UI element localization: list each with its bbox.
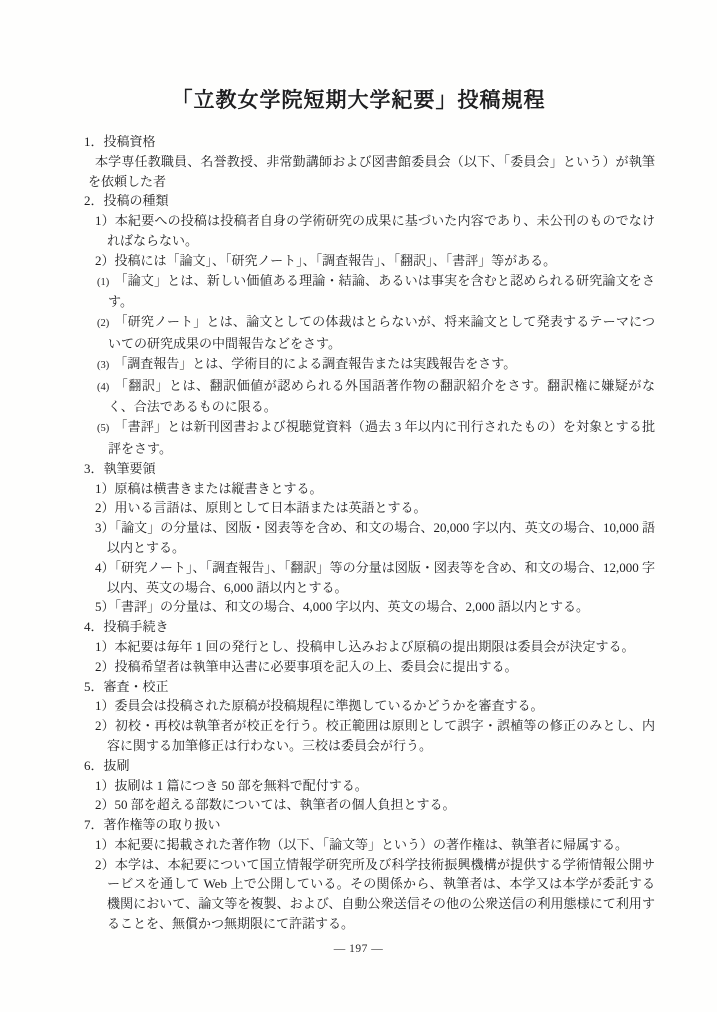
item-number: 2）	[95, 659, 115, 674]
item-text: 本紀要に掲載された著作物（以下、「論文等」という）の著作権は、執筆者に帰属する。	[115, 837, 629, 852]
section-7-copyright: 7．著作権等の取り扱い 1）本紀要に掲載された著作物（以下、「論文等」という）の…	[62, 815, 655, 934]
item-number: 1）	[95, 213, 115, 228]
page-number: — 197 —	[0, 940, 717, 960]
list-item: 2）初校・再校は執筆者が校正を行う。校正範囲は原則として誤字・誤植等の修正のみと…	[107, 716, 655, 756]
item-text: 投稿には「論文」、「研究ノート」、「調査報告」、「翻訳」、「書評」等がある。	[115, 253, 557, 268]
list-item: 1）委員会は投稿された原稿が投稿規程に準拠しているかどうかを審査する。	[107, 696, 655, 716]
item-number: 5）	[95, 599, 115, 614]
item-number: 4）	[95, 560, 115, 575]
subitem-text: 「研究ノート」とは、論文としての体裁はとらないが、将来論文として発表するテーマに…	[108, 314, 655, 351]
sublist-item: (4)「翻訳」とは、翻訳価値が認められる外国語著作物の翻訳紹介をさす。翻訳権に嫌…	[108, 376, 655, 418]
section-heading: 7．著作権等の取り扱い	[84, 815, 655, 835]
subitem-number: (1)	[97, 277, 109, 288]
item-number: 1）	[95, 837, 115, 852]
item-number: 2）	[95, 500, 115, 515]
item-number: 1）	[95, 778, 115, 793]
item-number: 1）	[95, 481, 115, 496]
section-3-writing-guidelines: 3．執筆要領 1）原稿は横書きまたは縦書きとする。 2）用いる言語は、原則として…	[62, 459, 655, 617]
list-item: 5）「書評」の分量は、和文の場合、4,000 字以内、英文の場合、2,000 語…	[107, 597, 655, 617]
item-text: 本紀要は毎年 1 回の発行とし、投稿申し込みおよび原稿の提出期限は委員会が決定す…	[115, 639, 635, 654]
sublist-item: (5)「書評」とは新刊図書および視聴覚資料（過去 3 年以内に刊行されたもの）を…	[108, 417, 655, 459]
item-number: 1）	[95, 639, 115, 654]
list-item: 1）本紀要は毎年 1 回の発行とし、投稿申し込みおよび原稿の提出期限は委員会が決…	[107, 637, 655, 657]
section-5-review-proofreading: 5．審査・校正 1）委員会は投稿された原稿が投稿規程に準拠しているかどうかを審査…	[62, 677, 655, 756]
item-text: 「研究ノート」、「調査報告」、「翻訳」等の分量は図版・図表等を含め、和文の場合、…	[107, 560, 655, 595]
section-heading: 1．投稿資格	[84, 132, 655, 152]
document-page: 「立教女学院短期大学紀要」投稿規程 1．投稿資格 本学専任教職員、名誉教授、非常…	[0, 0, 717, 1012]
subitem-number: (2)	[97, 318, 109, 329]
section-heading: 4．投稿手続き	[84, 617, 655, 637]
item-text: 50 部を超える部数については、執筆者の個人負担とする。	[115, 797, 456, 812]
item-text: 投稿希望者は執筆申込書に必要事項を記入の上、委員会に提出する。	[115, 659, 518, 674]
list-item: 2）投稿希望者は執筆申込書に必要事項を記入の上、委員会に提出する。	[107, 657, 655, 677]
list-item: 2）50 部を超える部数については、執筆者の個人負担とする。	[107, 795, 655, 815]
item-number: 2）	[95, 718, 115, 733]
section-heading: 6．抜刷	[84, 756, 655, 776]
subitem-number: (3)	[97, 360, 109, 371]
sublist-item: (1)「論文」とは、新しい価値ある理論・結論、あるいは事実を含むと認められる研究…	[108, 271, 655, 313]
list-item: 2）本学は、本紀要について国立情報学研究所及び科学技術振興機構が提供する学術情報…	[107, 855, 655, 934]
item-number: 2）	[95, 797, 115, 812]
item-number: 3）	[95, 520, 115, 535]
item-text: 初校・再校は執筆者が校正を行う。校正範囲は原則として誤字・誤植等の修正のみとし、…	[107, 718, 655, 753]
sublist-item: (3)「調査報告」とは、学術目的による調査報告または実践報告をさす。	[108, 354, 655, 376]
item-text: 「書評」の分量は、和文の場合、4,000 字以内、英文の場合、2,000 語以内…	[115, 599, 590, 614]
list-item: 1）本紀要への投稿は投稿者自身の学術研究の成果に基づいた内容であり、未公刊のもの…	[107, 211, 655, 251]
item-text: 抜刷は 1 篇につき 50 部を無料で配付する。	[115, 778, 368, 793]
section-4-submission-procedure: 4．投稿手続き 1）本紀要は毎年 1 回の発行とし、投稿申し込みおよび原稿の提出…	[62, 617, 655, 676]
list-item: 1）原稿は横書きまたは縦書きとする。	[107, 479, 655, 499]
subitem-text: 「翻訳」とは、翻訳価値が認められる外国語著作物の翻訳紹介をさす。翻訳権に嫌疑がな…	[108, 378, 655, 415]
document-title: 「立教女学院短期大学紀要」投稿規程	[62, 86, 655, 114]
section-2-submission-types: 2．投稿の種類 1）本紀要への投稿は投稿者自身の学術研究の成果に基づいた内容であ…	[62, 191, 655, 458]
subitem-text: 「書評」とは新刊図書および視聴覚資料（過去 3 年以内に刊行されたもの）を対象と…	[108, 419, 655, 456]
item-text: 本学は、本紀要について国立情報学研究所及び科学技術振興機構が提供する学術情報公開…	[107, 857, 655, 931]
section-6-offprints: 6．抜刷 1）抜刷は 1 篇につき 50 部を無料で配付する。 2）50 部を超…	[62, 756, 655, 815]
subitem-number: (5)	[97, 423, 109, 434]
section-heading: 5．審査・校正	[84, 677, 655, 697]
list-item: 3）「論文」の分量は、図版・図表等を含め、和文の場合、20,000 字以内、英文…	[107, 518, 655, 558]
sublist-item: (2)「研究ノート」とは、論文としての体裁はとらないが、将来論文として発表するテ…	[108, 312, 655, 354]
item-number: 1）	[95, 698, 115, 713]
list-item: 1）抜刷は 1 篇につき 50 部を無料で配付する。	[107, 776, 655, 796]
list-item: 2）投稿には「論文」、「研究ノート」、「調査報告」、「翻訳」、「書評」等がある。	[107, 251, 655, 271]
subitem-number: (4)	[97, 382, 109, 393]
item-text: 用いる言語は、原則として日本語または英語とする。	[115, 500, 427, 515]
item-text: 委員会は投稿された原稿が投稿規程に準拠しているかどうかを審査する。	[115, 698, 544, 713]
section-1-qualification: 1．投稿資格 本学専任教職員、名誉教授、非常勤講師および図書館委員会（以下、「委…	[62, 132, 655, 191]
item-number: 2）	[95, 253, 115, 268]
list-item: 2）用いる言語は、原則として日本語または英語とする。	[107, 498, 655, 518]
list-item: 1）本紀要に掲載された著作物（以下、「論文等」という）の著作権は、執筆者に帰属す…	[107, 835, 655, 855]
section-heading: 2．投稿の種類	[84, 191, 655, 211]
item-number: 2）	[95, 857, 115, 872]
section-body: 本学専任教職員、名誉教授、非常勤講師および図書館委員会（以下、「委員会」という）…	[88, 152, 655, 192]
list-item: 4）「研究ノート」、「調査報告」、「翻訳」等の分量は図版・図表等を含め、和文の場…	[107, 558, 655, 598]
subitem-text: 「論文」とは、新しい価値ある理論・結論、あるいは事実を含むと認められる研究論文を…	[108, 273, 655, 310]
subitem-text: 「調査報告」とは、学術目的による調査報告または実践報告をさす。	[114, 356, 516, 371]
item-text: 原稿は横書きまたは縦書きとする。	[115, 481, 323, 496]
section-heading: 3．執筆要領	[84, 459, 655, 479]
item-text: 本紀要への投稿は投稿者自身の学術研究の成果に基づいた内容であり、未公刊のものでな…	[107, 213, 655, 248]
item-text: 「論文」の分量は、図版・図表等を含め、和文の場合、20,000 字以内、英文の場…	[107, 520, 655, 555]
